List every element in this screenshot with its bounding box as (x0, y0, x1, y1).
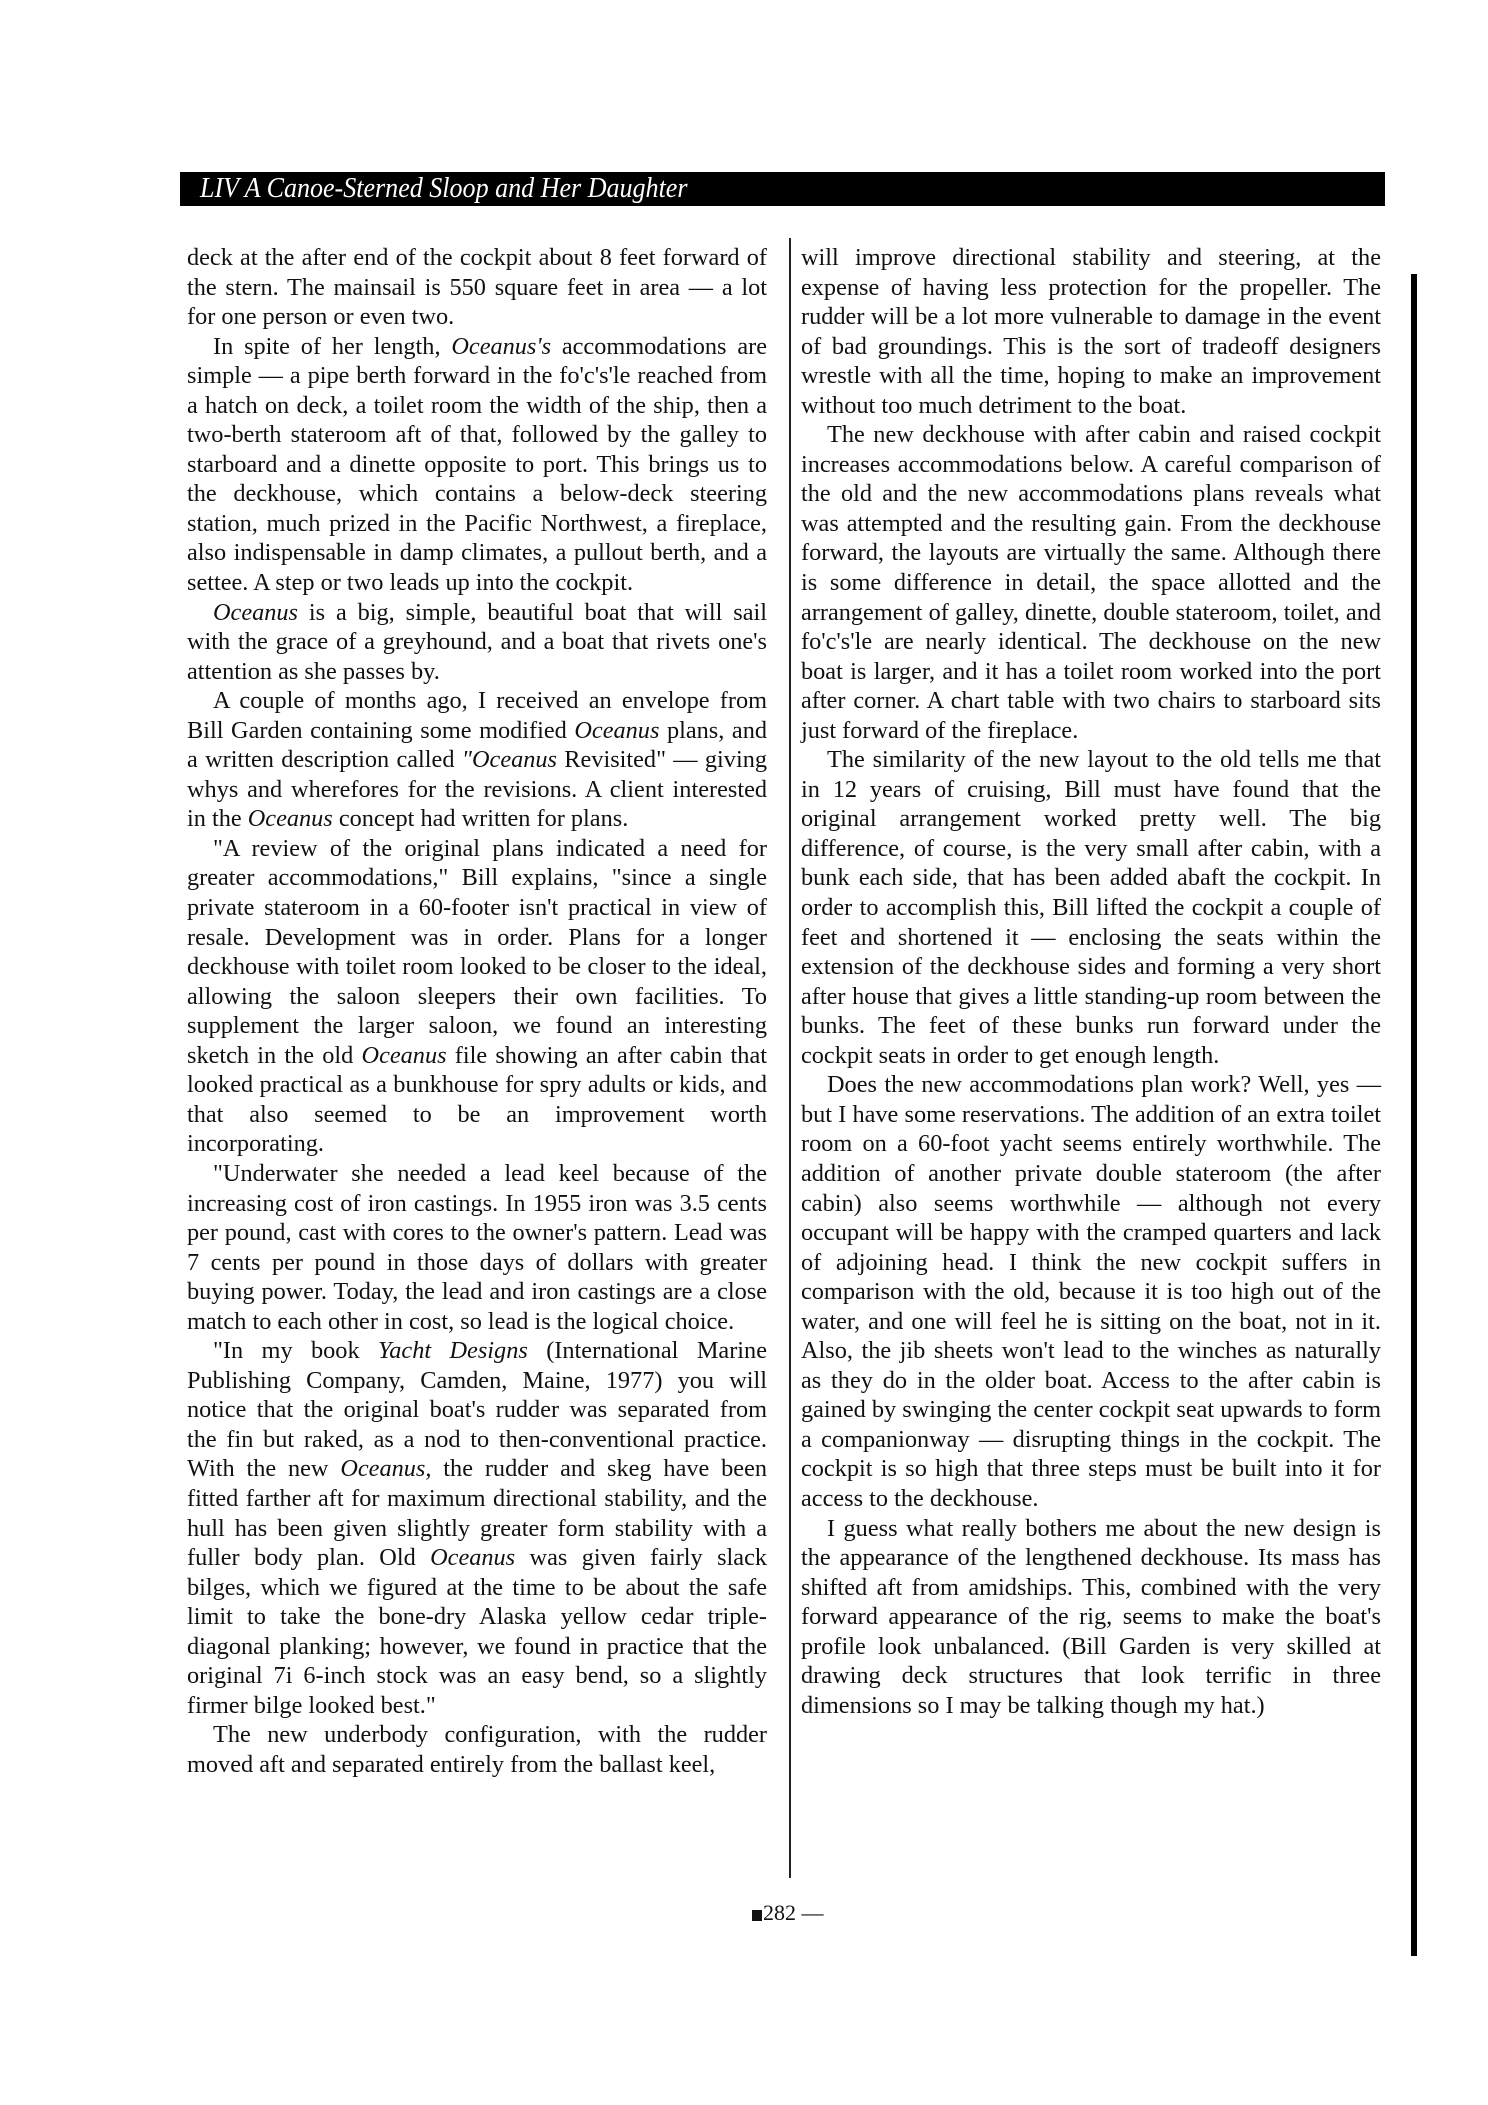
italic-text: "Oceanus (462, 746, 557, 773)
text-run: deck at the after end of the cockpit abo… (187, 244, 767, 330)
italic-text: Yacht Designs (378, 1337, 528, 1364)
right-text-column: will improve directional stability and s… (801, 243, 1381, 1720)
italic-text: Oceanus, (340, 1455, 431, 1482)
square-bullet-icon (752, 1910, 762, 1921)
chapter-header-bar: LIV A Canoe-Sterned Sloop and Her Daught… (180, 172, 1385, 206)
italic-text: Oceanus's (451, 333, 551, 360)
paragraph: Does the new accommodations plan work? W… (801, 1070, 1381, 1513)
text-run: In spite of her length, (213, 333, 451, 360)
text-run: The new underbody configuration, with th… (187, 1721, 767, 1778)
text-run: The new deckhouse with after cabin and r… (801, 421, 1381, 743)
text-run: concept had written for plans. (333, 805, 629, 832)
italic-text: Oceanus (362, 1042, 447, 1069)
text-run: accommodations are simple — a pipe berth… (187, 333, 767, 596)
text-run: will improve directional stability and s… (801, 244, 1381, 419)
text-run: "In my book (213, 1337, 378, 1364)
paragraph: I guess what really bothers me about the… (801, 1514, 1381, 1721)
paragraph: A couple of months ago, I received an en… (187, 686, 767, 834)
text-run: "Underwater she needed a lead keel becau… (187, 1160, 767, 1335)
italic-text: Oceanus (574, 717, 659, 744)
italic-text: Oceanus (213, 599, 298, 626)
page-number-value: 282 (763, 1900, 796, 1925)
paragraph: "A review of the original plans indicate… (187, 834, 767, 1159)
text-run: Does the new accommodations plan work? W… (801, 1071, 1381, 1512)
page-number: 282 — (752, 1900, 824, 1926)
paragraph: In spite of her length, Oceanus's accomm… (187, 332, 767, 598)
paragraph: "Underwater she needed a lead keel becau… (187, 1159, 767, 1336)
paragraph: will improve directional stability and s… (801, 243, 1381, 420)
text-run: I guess what really bothers me about the… (801, 1515, 1381, 1719)
paragraph: Oceanus is a big, simple, beautiful boat… (187, 598, 767, 687)
italic-text: Oceanus (430, 1544, 515, 1571)
text-run: "A review of the original plans indicate… (187, 835, 767, 1069)
left-text-column: deck at the after end of the cockpit abo… (187, 243, 767, 1779)
chapter-title: LIV A Canoe-Sterned Sloop and Her Daught… (200, 173, 688, 205)
italic-text: Oceanus (248, 805, 333, 832)
page-number-dash: — (796, 1900, 824, 1925)
paragraph: The new deckhouse with after cabin and r… (801, 420, 1381, 745)
paragraph: deck at the after end of the cockpit abo… (187, 243, 767, 332)
text-run: The similarity of the new layout to the … (801, 746, 1381, 1068)
paragraph: The similarity of the new layout to the … (801, 745, 1381, 1070)
page-edge-bar (1411, 274, 1417, 1956)
column-divider (789, 238, 791, 1878)
paragraph: "In my book Yacht Designs (International… (187, 1336, 767, 1720)
paragraph: The new underbody configuration, with th… (187, 1720, 767, 1779)
